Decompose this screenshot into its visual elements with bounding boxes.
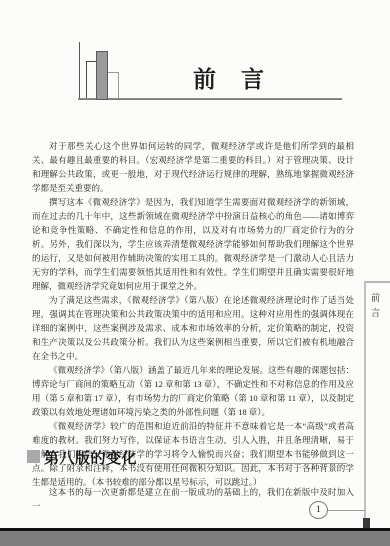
book-page: 前 言 对于那些关心这个世界如何运转的同学，微观经济学或许是他们所学到的最相关、… [0,0,390,546]
paragraph: 《微观经济学》（第八版）涵盖了最近几年来的理论发展。这些有趣的课题包括：博弈论与… [32,363,354,419]
page-number-rule [328,510,365,511]
paragraph: 对于那些关心这个世界如何运转的同学，微观经济学或许是他们所学到的最相关、最有趣且… [32,139,354,195]
paragraph: 这本书的每一次更新都是建立在前一版成功的基础上的，我们在新版中及时加入一 [32,485,354,513]
paragraph: 为了满足这些需求，《微观经济学》（第八版）在论述微观经济理论时作了适当处理，强调… [32,293,354,363]
section-heading: 第八版的变化 [44,447,137,468]
section-heading-underline [141,463,347,464]
header-rule [78,98,342,100]
bar-chart-axis [79,42,80,100]
margin-tab-rule-top [364,281,390,283]
paragraph: 撰写这本《微观经济学》是因为，我们知道学生需要面对微观经济学的新领域，而在过去的… [32,195,354,293]
margin-tab-label: 前言 [370,292,381,322]
bar-chart-bar-right [107,72,119,100]
bar-chart-bar-middle [96,51,108,100]
scan-edge-bar [0,531,390,546]
section-marker-square [27,450,40,463]
page-number-badge: 1 [309,501,328,519]
margin-tab-rule-vertical [364,281,366,521]
page-title: 前 言 [193,61,265,94]
preface-body: 对于那些关心这个世界如何运转的同学，微观经济学或许是他们所学到的最相关、最有趣且… [32,139,354,489]
section-body: 这本书的每一次更新都是建立在前一版成功的基础上的，我们在新版中及时加入一 [32,485,354,513]
